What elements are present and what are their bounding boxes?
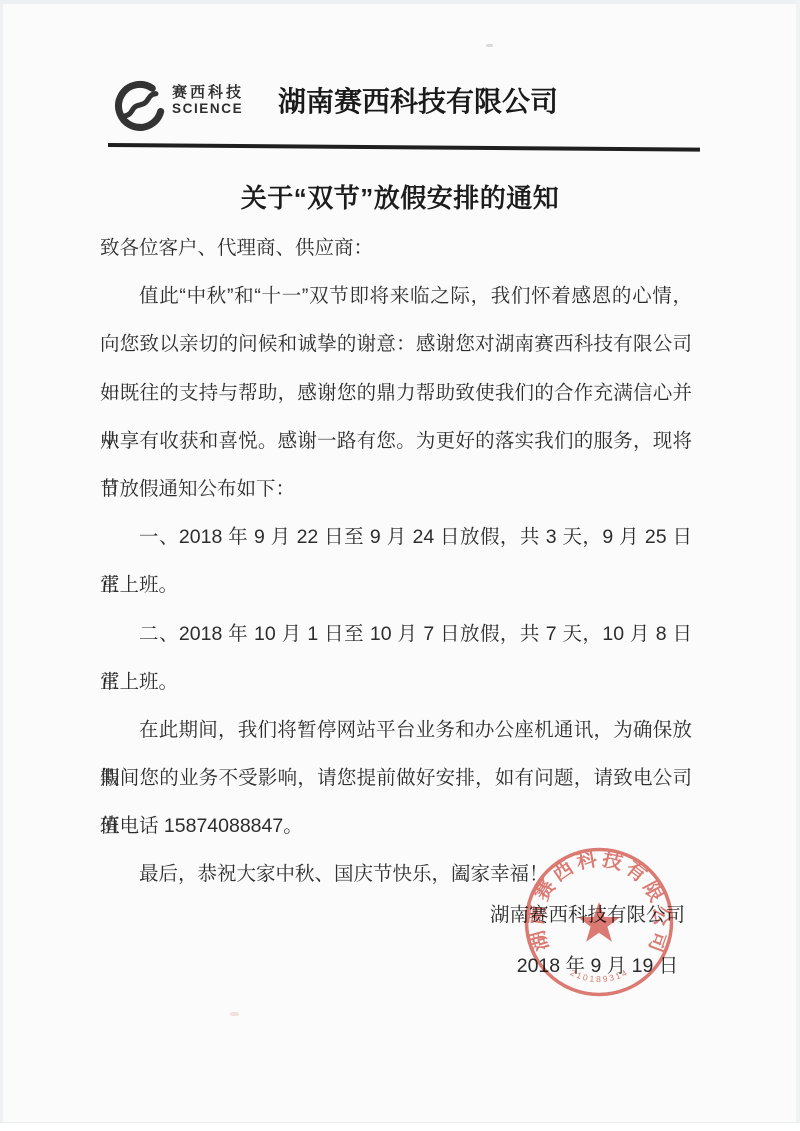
body-line: 中享有收获和喜悦。感谢一路有您。为更好的落实我们的服务，现将节 xyxy=(100,417,692,465)
letterhead-divider xyxy=(108,143,700,151)
notice-title: 关于“双节”放假安排的通知 xyxy=(0,181,800,215)
letterhead-company-name: 湖南赛西科技有限公司 xyxy=(0,85,800,119)
scan-artifact xyxy=(230,1012,239,1016)
seal-star-icon xyxy=(578,902,620,942)
company-seal-stamp: 湖南赛西科技有限公司 210189314 xyxy=(521,844,677,1000)
body-line: 常上班。 xyxy=(100,658,692,706)
body-line: 二、2018 年 10 月 1 日至 10 月 7 日放假，共 7 天，10 月… xyxy=(100,610,692,658)
body-line: 向您致以亲切的问候和诚挚的谢意：感谢您对湖南赛西科技有限公司一 xyxy=(100,320,692,368)
seal-serial-text: 210189314 xyxy=(569,967,631,984)
body-line: 常上班。 xyxy=(100,561,692,609)
scanned-notice-page: 赛西科技 SCIENCE 湖南赛西科技有限公司 关于“双节”放假安排的通知 致各… xyxy=(0,0,800,1131)
scan-edge-top xyxy=(0,0,800,4)
body-line: 致各位客户、代理商、供应商： xyxy=(100,224,692,272)
notice-body: 致各位客户、代理商、供应商： 值此“中秋”和“十一”双节即将来临之际，我们怀着感… xyxy=(100,224,692,899)
body-line: 值此“中秋”和“十一”双节即将来临之际，我们怀着感恩的心情， xyxy=(100,272,692,320)
body-line: 在此期间，我们将暂停网站平台业务和办公座机通讯，为确保放假 xyxy=(100,706,692,754)
scan-artifact xyxy=(486,44,493,47)
seal-company-text: 湖南赛西科技有限公司 xyxy=(524,846,674,958)
scan-edge-left xyxy=(0,0,3,1131)
body-line: 一、2018 年 9 月 22 日至 9 月 24 日放假，共 3 天，9 月 … xyxy=(100,513,692,561)
scan-edge-bottom xyxy=(0,1122,800,1131)
body-line: 日放假通知公布如下： xyxy=(100,465,692,513)
body-line: 如既往的支持与帮助，感谢您的鼎力帮助致使我们的合作充满信心并从 xyxy=(100,369,692,417)
body-line: 期间您的业务不受影响，请您提前做好安排，如有问题，请致电公司值 xyxy=(100,754,692,802)
scan-edge-right xyxy=(796,0,800,1131)
